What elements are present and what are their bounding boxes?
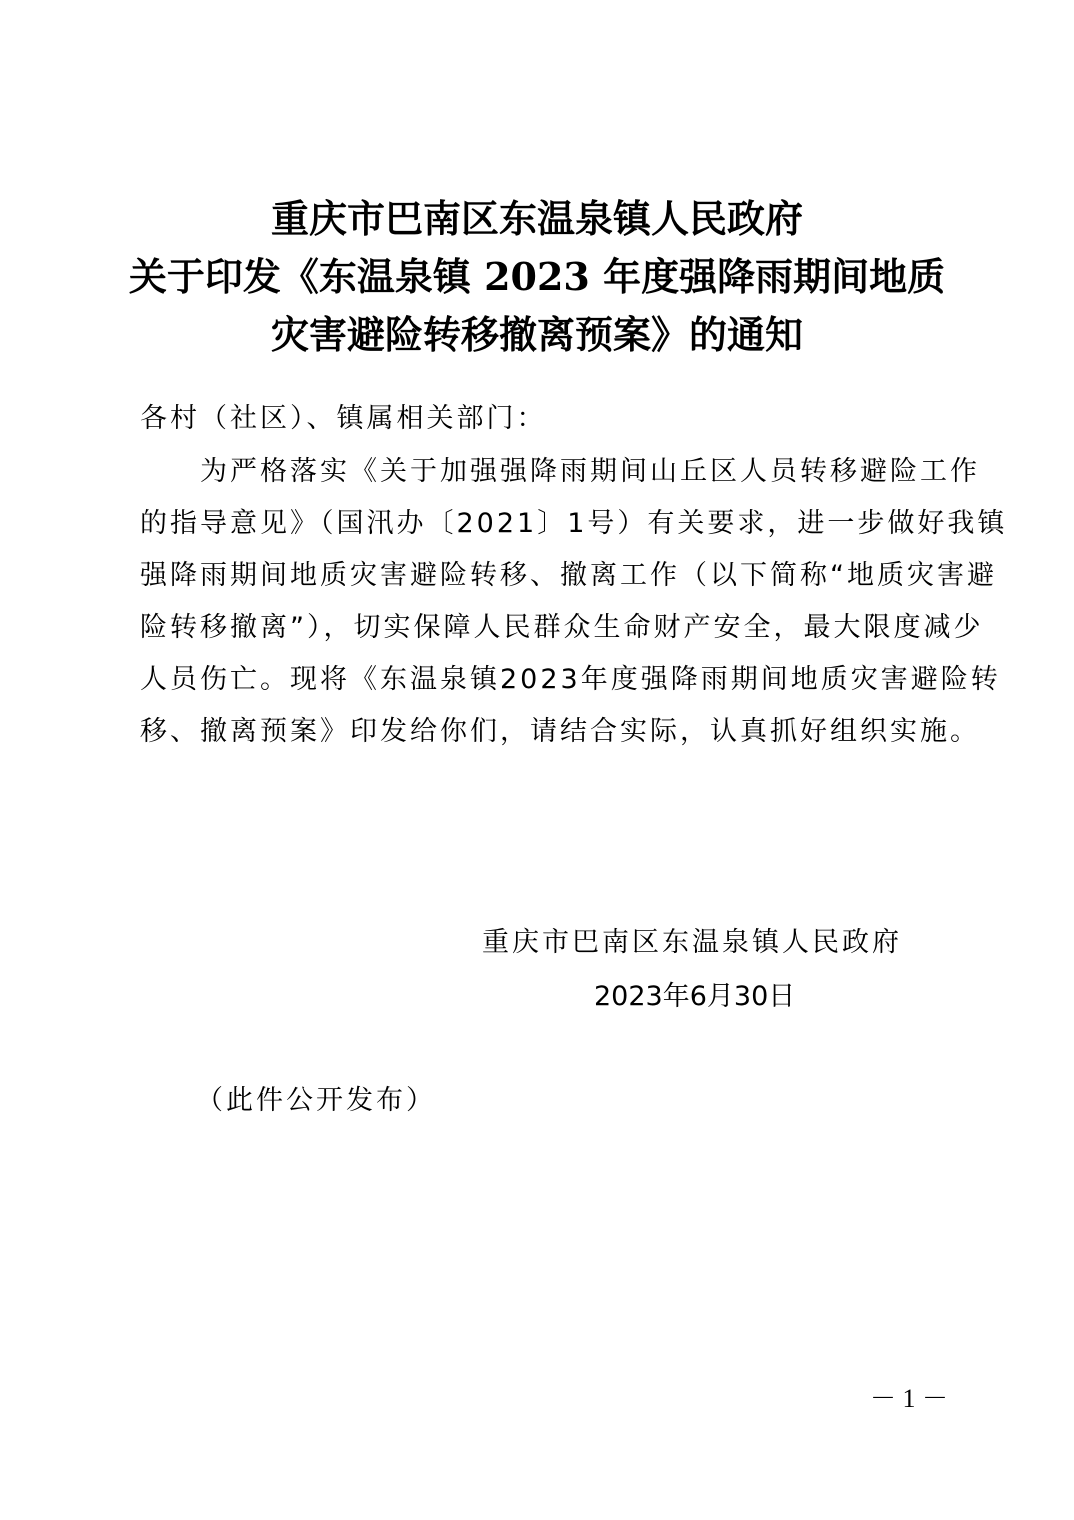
document-page: 重庆市巴南区东温泉镇人民政府 关于印发《东温泉镇 2023 年度强降雨期间地质 …: [0, 0, 1074, 1520]
signature-date: 2023年6月30日: [594, 974, 795, 1013]
document-title: 重庆市巴南区东温泉镇人民政府 关于印发《东温泉镇 2023 年度强降雨期间地质 …: [0, 190, 1074, 364]
body-line-3: 强降雨期间地质灾害避险转移、撤离工作（以下简称“地质灾害避: [140, 550, 940, 602]
body-line-6: 移、撤离预案》印发给你们，请结合实际，认真抓好组织实施。: [140, 706, 940, 758]
body-line-4: 险转移撤离”），切实保障人民群众生命财产安全，最大限度减少: [140, 602, 940, 654]
title-line-1: 重庆市巴南区东温泉镇人民政府: [0, 190, 1074, 248]
title-line-3: 灾害避险转移撤离预案》的通知: [0, 306, 1074, 364]
signature-organization: 重庆市巴南区东温泉镇人民政府: [482, 920, 902, 959]
title-line-2: 关于印发《东温泉镇 2023 年度强降雨期间地质: [0, 248, 1074, 306]
body-line-2: 的指导意见》（国汛办〔2021〕1号）有关要求，进一步做好我镇: [140, 498, 940, 550]
body-paragraph: 为严格落实《关于加强强降雨期间山丘区人员转移避险工作 的指导意见》（国汛办〔20…: [140, 446, 940, 758]
body-line-5: 人员伤亡。现将《东温泉镇2023年度强降雨期间地质灾害避险转: [140, 654, 940, 706]
disclosure-note: （此件公开发布）: [196, 1078, 436, 1117]
salutation: 各村（社区）、镇属相关部门：: [140, 396, 547, 435]
page-number: － 1 －: [870, 1378, 948, 1415]
body-line-1: 为严格落实《关于加强强降雨期间山丘区人员转移避险工作: [140, 446, 940, 498]
